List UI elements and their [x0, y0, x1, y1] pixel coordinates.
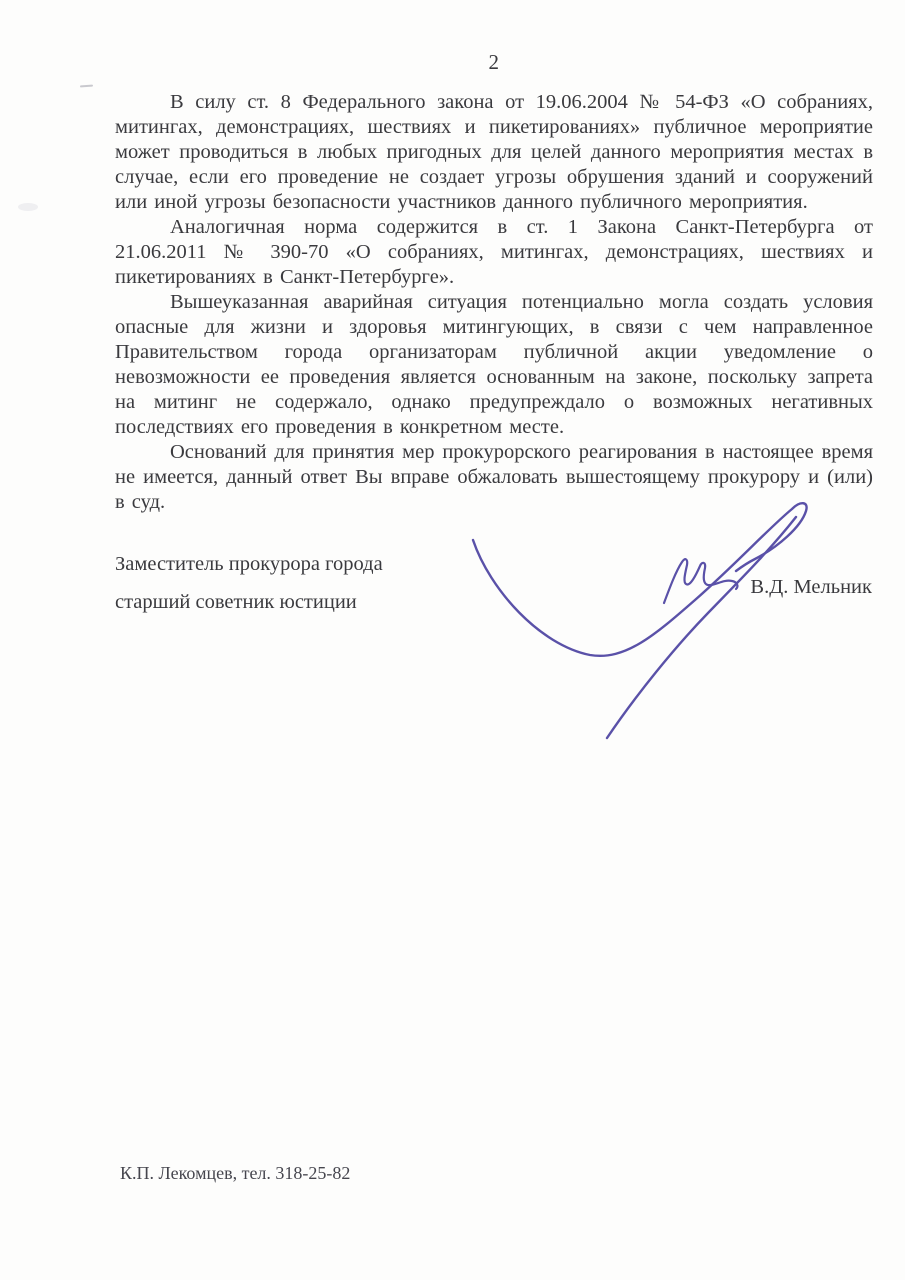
- paragraph: Аналогичная норма содержится в ст. 1 Зак…: [115, 215, 873, 290]
- footer-contact: К.П. Лекомцев, тел. 318-25-82: [120, 1163, 350, 1184]
- signer-position-line2: старший советник юстиции: [115, 583, 383, 621]
- paragraph: В силу ст. 8 Федерального закона от 19.0…: [115, 90, 873, 215]
- handwritten-signature-icon: [440, 495, 840, 765]
- document-body: В силу ст. 8 Федерального закона от 19.0…: [115, 90, 873, 515]
- signature-block: Заместитель прокурора города старший сов…: [115, 545, 383, 621]
- scan-artifact-dash: [80, 85, 93, 88]
- scan-artifact-smudge: [18, 203, 38, 211]
- signer-name: В.Д. Мельник: [750, 576, 872, 599]
- signer-position-line1: Заместитель прокурора города: [115, 545, 383, 583]
- page-number: 2: [115, 50, 873, 75]
- paragraph: Вышеуказанная аварийная ситуация потенци…: [115, 290, 873, 440]
- document-page: 2 В силу ст. 8 Федерального закона от 19…: [0, 0, 905, 1280]
